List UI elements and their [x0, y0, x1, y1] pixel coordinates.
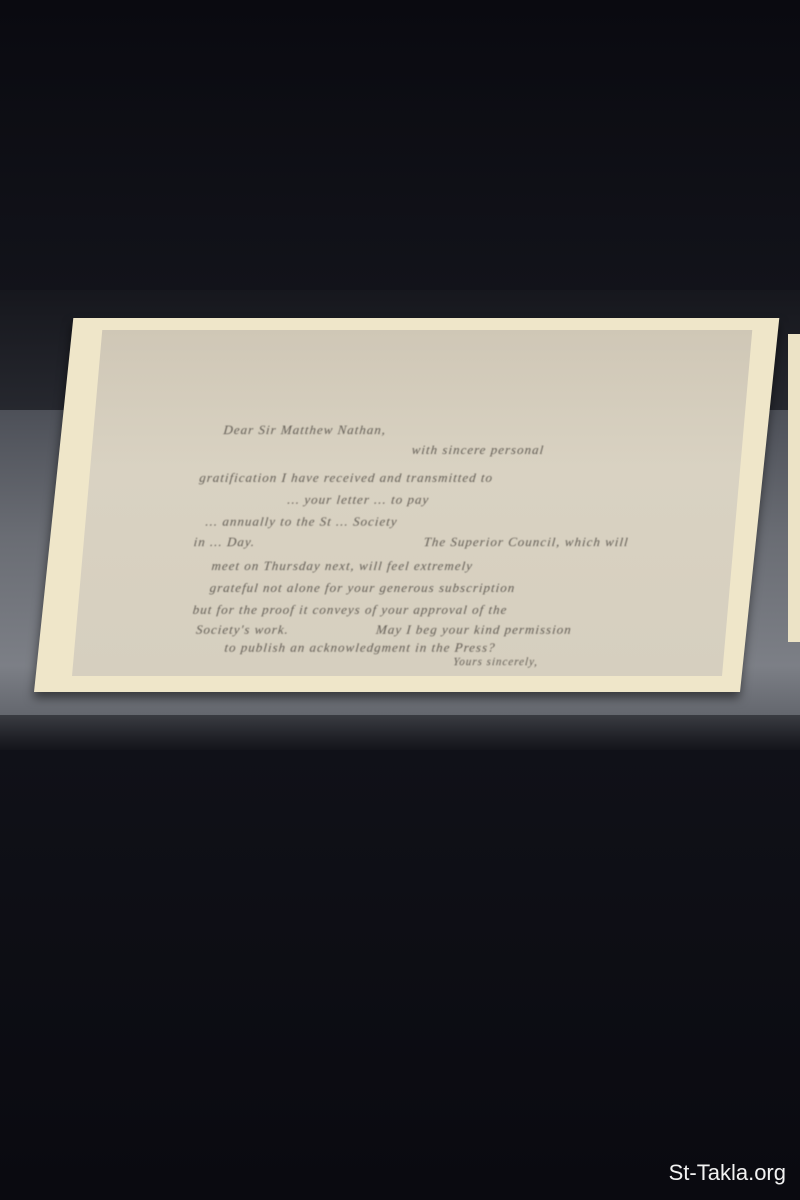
letter-line: Society's work.: [195, 622, 289, 638]
letter-line: but for the proof it conveys of your app…: [192, 602, 508, 618]
shelf-edge: [0, 715, 800, 753]
watermark: St-Takla.org: [669, 1160, 786, 1186]
letter-line: May I beg your kind permission: [375, 622, 572, 638]
letter-line: ... annually to the St ... Society: [205, 514, 399, 530]
letter-line: grateful not alone for your generous sub…: [209, 580, 516, 596]
adjacent-mount: [788, 334, 800, 642]
letter-line: with sincere personal: [411, 442, 545, 458]
letter-line: meet on Thursday next, will feel extreme…: [211, 558, 474, 574]
handwritten-letter: Dear Sir Matthew Nathan, with sincere pe…: [72, 330, 752, 676]
dark-floor: [0, 750, 800, 1200]
letter-line: gratification I have received and transm…: [199, 470, 494, 486]
letter-line: ... your letter ... to pay: [287, 492, 430, 508]
letter-line: to publish an acknowledgment in the Pres…: [224, 640, 497, 656]
letter-line: The Superior Council, which will: [423, 534, 629, 550]
letter-line: in ... Day.: [193, 534, 256, 550]
letter-line: Dear Sir Matthew Nathan,: [223, 422, 387, 438]
letter-line: Yours sincerely,: [453, 656, 539, 668]
